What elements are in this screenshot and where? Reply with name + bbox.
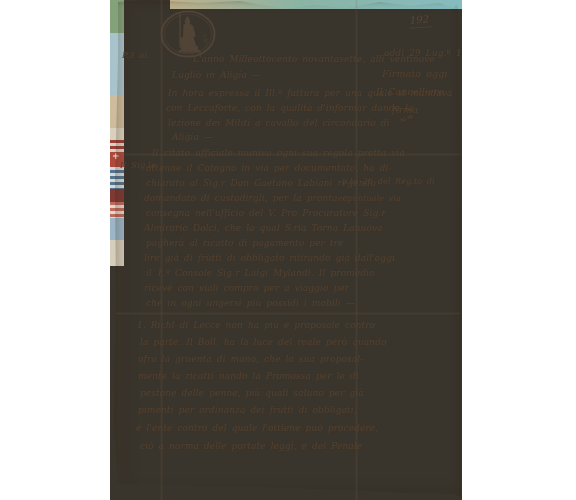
- horizontal-fold-crease: [116, 312, 460, 315]
- marginal-annotation: addì 29 Lug.º 1897: [384, 50, 462, 59]
- marginal-annotation: Firmato oggi: [382, 70, 448, 80]
- margin-note: P.3 al.: [122, 52, 150, 61]
- marginal-annotation: p.to 26 del Reg.to di: [342, 178, 435, 186]
- marginal-annotation: e puntuale via: [338, 195, 401, 203]
- bollo-revenue-stamp-icon: C.50: [158, 9, 220, 59]
- manuscript-line: è l'ente contro del quale l'ottiene può …: [136, 425, 378, 434]
- margin-note: Il Sig.le: [120, 162, 156, 171]
- manuscript-line: pimenti per ordinanza dei frutti di obbl…: [138, 407, 357, 416]
- manuscript-line: Almirario Dolci, che la qual S.ria Torna…: [144, 225, 383, 234]
- manuscript-line: ofra la gruenta di mano, che la sua prop…: [138, 356, 363, 365]
- manuscript-line: ottenne il Cotogno in via per documentat…: [146, 165, 392, 174]
- manuscript-line: pestone delle penne, più quali saluno pe…: [140, 390, 364, 399]
- manuscript-line: Aligia —: [172, 134, 213, 143]
- manuscript-line: mente la ricatti nando la Promossa per l…: [138, 373, 359, 382]
- manuscript-line: pagherà al ricatto di pagamento per tre: [146, 240, 343, 249]
- manuscript-line: il 1.º Console Sig.r Luigi Mylandi. Il p…: [146, 270, 375, 279]
- manuscript-line: lezione dei Militi a cavallo del circond…: [168, 120, 390, 129]
- manuscript-line: che in ogni ungersi più possidi i mobili…: [146, 300, 355, 309]
- manuscript-line: con Leccaforte, con la qualità d'informa…: [166, 105, 414, 114]
- manuscript-line: domandato di custodirgli, per la pronta …: [144, 195, 348, 204]
- manuscript-line: la parte. Il Boll. ha la luce del reale …: [140, 339, 387, 348]
- manuscript-line: lire già di frutti di obbligato ritirand…: [144, 255, 395, 264]
- manuscript-line: ciò a norma delle portate leggi, e del P…: [140, 443, 362, 452]
- manuscript-line: Luglio in Aligia —: [172, 72, 261, 81]
- page-number: 192: [409, 14, 433, 29]
- manuscript-photo: + C.50 192 L'anno Milleottocento novanta…: [110, 0, 462, 500]
- manuscript-line: consegna nell'ufficio del V. Pro Procura…: [146, 210, 386, 219]
- manuscript-line: 1. Richl di Lecce non ha più e proposale…: [137, 322, 375, 331]
- manuscript-line: Il citato ufficiale muniva ogni sua rego…: [152, 150, 405, 159]
- manuscript-line: ricevé con viali compro per a viaggio pe…: [144, 285, 349, 294]
- marginal-annotation: Il Cancelliere: [376, 88, 444, 98]
